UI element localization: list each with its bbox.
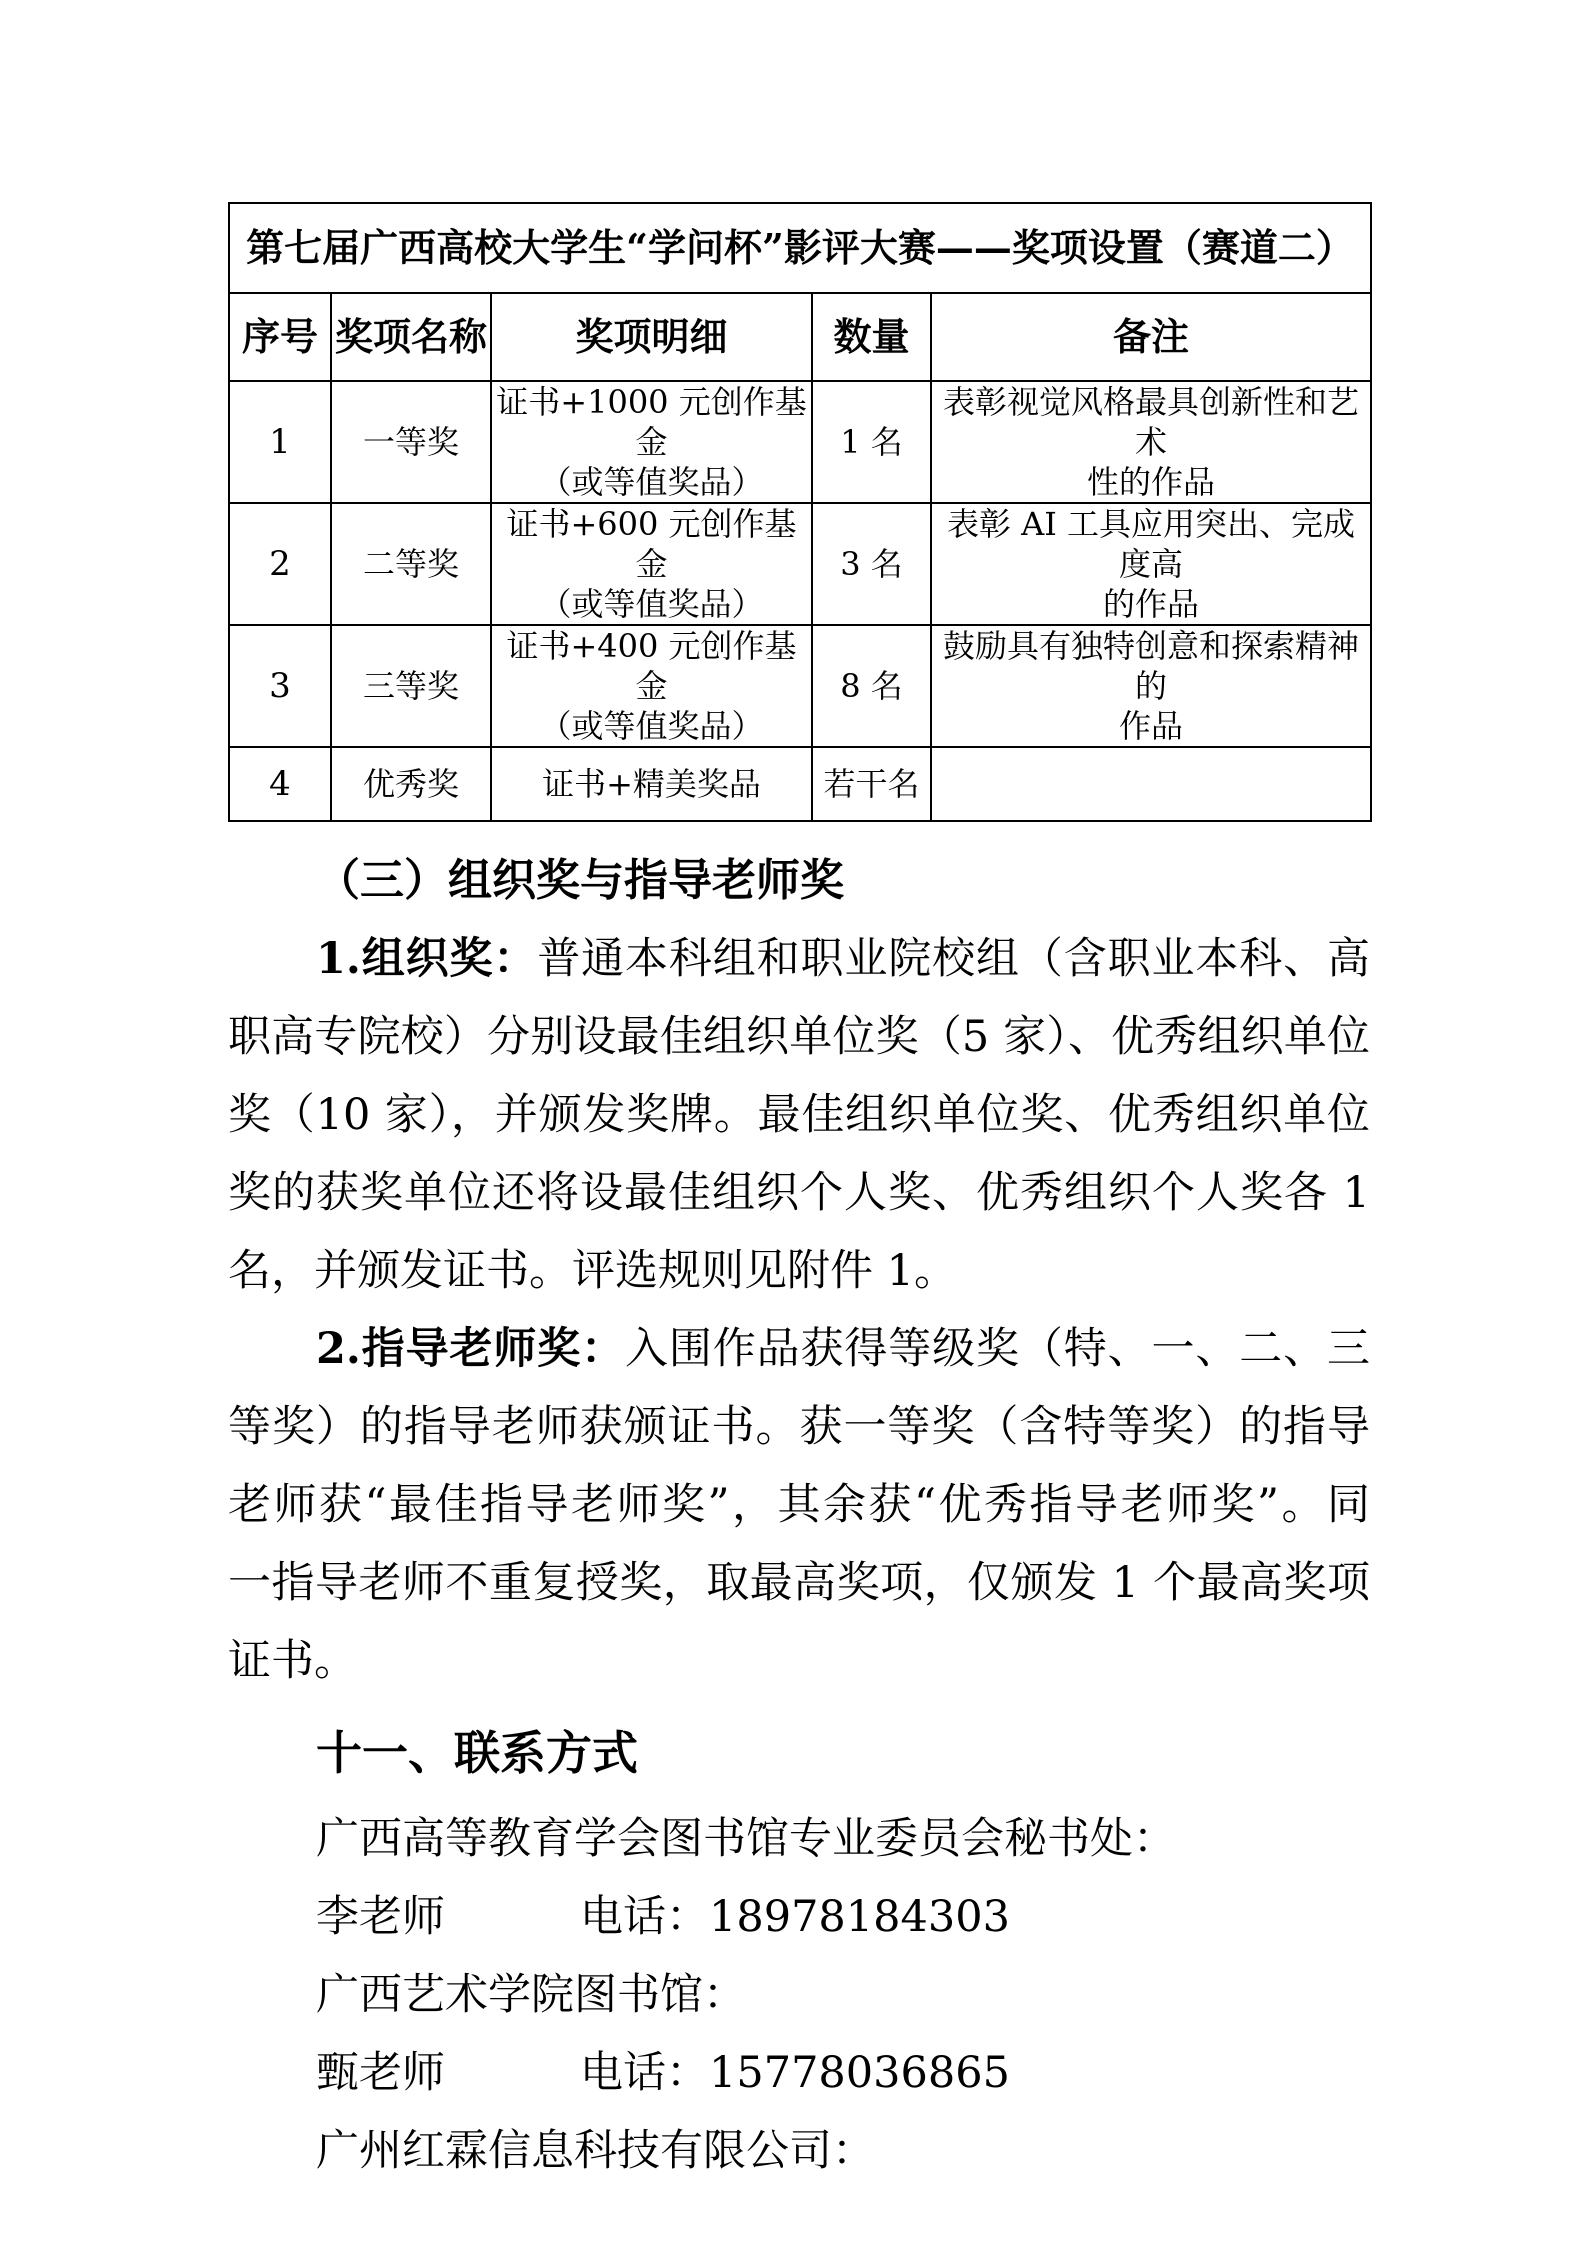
table-header-row: 序号 奖项名称 奖项明细 数量 备注 <box>229 293 1371 381</box>
table-row: 4 优秀奖 证书+精美奖品 若干名 <box>229 747 1371 821</box>
contact-line: 广西高等教育学会图书馆专业委员会秘书处： <box>228 1800 1370 1878</box>
cell-serial: 3 <box>229 625 331 747</box>
text-line: 2.指导老师奖：入围作品获得等级奖（特、一、二、三 <box>228 1310 1370 1388</box>
table-row: 2 二等奖 证书+600 元创作基金 （或等值奖品） 3 名 表彰 AI 工具应… <box>229 503 1371 625</box>
cell-award-name: 三等奖 <box>331 625 491 747</box>
cell-award-detail: 证书+400 元创作基金 （或等值奖品） <box>491 625 812 747</box>
cell-quantity: 8 名 <box>812 625 931 747</box>
text-line: 名，并颁发证书。评选规则见附件 1。 <box>228 1232 1370 1310</box>
section-heading-contact: 十一、联系方式 <box>228 1714 1370 1792</box>
table-row: 1 一等奖 证书+1000 元创作基金 （或等值奖品） 1 名 表彰视觉风格最具… <box>229 381 1371 503</box>
cell-award-detail: 证书+1000 元创作基金 （或等值奖品） <box>491 381 812 503</box>
cell-remark <box>931 747 1371 821</box>
contact-phone: 电话：18978184303 <box>580 1892 1010 1942</box>
text-line: 职高专院校）分别设最佳组织单位奖（5 家）、优秀组织单位 <box>228 998 1370 1076</box>
contact-person: 李老师 <box>316 1892 445 1942</box>
paragraph-lead: 1.组织奖： <box>316 934 537 984</box>
text-line: 证书。 <box>228 1622 1370 1700</box>
text-line: 一指导老师不重复授奖，取最高奖项，仅颁发 1 个最高奖项 <box>228 1544 1370 1622</box>
paragraph-lead: 2.指导老师奖： <box>316 1324 625 1374</box>
section-heading-org-awards: （三）组织奖与指导老师奖 <box>228 842 1370 920</box>
contact-line: 广西艺术学院图书馆： <box>228 1956 1370 2034</box>
cell-quantity: 1 名 <box>812 381 931 503</box>
paragraph-text: 普通本科组和职业院校组（含职业本科、高 <box>537 934 1370 984</box>
contact-line: 甄老师电话：15778036865 <box>228 2034 1370 2112</box>
text-line: 奖（10 家），并颁发奖牌。最佳组织单位奖、优秀组织单位 <box>228 1076 1370 1154</box>
cell-award-detail: 证书+600 元创作基金 （或等值奖品） <box>491 503 812 625</box>
cell-award-name: 二等奖 <box>331 503 491 625</box>
cell-remark: 表彰 AI 工具应用突出、完成度高 的作品 <box>931 503 1371 625</box>
contact-person: 甄老师 <box>316 2048 445 2098</box>
cell-serial: 4 <box>229 747 331 821</box>
cell-remark: 表彰视觉风格最具创新性和艺术 性的作品 <box>931 381 1371 503</box>
cell-award-name: 一等奖 <box>331 381 491 503</box>
text-line: 1.组织奖：普通本科组和职业院校组（含职业本科、高 <box>228 920 1370 998</box>
cell-remark: 鼓励具有独特创意和探索精神的 作品 <box>931 625 1371 747</box>
text-line: 奖的获奖单位还将设最佳组织个人奖、优秀组织个人奖各 1 <box>228 1154 1370 1232</box>
cell-award-name: 优秀奖 <box>331 747 491 821</box>
header-serial: 序号 <box>229 293 331 381</box>
cell-quantity: 若干名 <box>812 747 931 821</box>
cell-quantity: 3 名 <box>812 503 931 625</box>
cell-serial: 2 <box>229 503 331 625</box>
text-line: 等奖）的指导老师获颁证书。获一等奖（含特等奖）的指导 <box>228 1388 1370 1466</box>
cell-serial: 1 <box>229 381 331 503</box>
table-title: 第七届广西高校大学生“学问杯”影评大赛——奖项设置（赛道二） <box>229 203 1371 293</box>
header-quantity: 数量 <box>812 293 931 381</box>
contact-line: 广州红霖信息科技有限公司： <box>228 2112 1370 2190</box>
paragraph-text: 入围作品获得等级奖（特、一、二、三 <box>625 1324 1370 1374</box>
award-table: 第七届广西高校大学生“学问杯”影评大赛——奖项设置（赛道二） 序号 奖项名称 奖… <box>228 202 1372 822</box>
table-row: 3 三等奖 证书+400 元创作基金 （或等值奖品） 8 名 鼓励具有独特创意和… <box>229 625 1371 747</box>
contact-line: 李老师电话：18978184303 <box>228 1878 1370 1956</box>
document-page: { "table": { "title": "第七届广西高校大学生“学问杯”影评… <box>0 0 1587 2245</box>
header-award-detail: 奖项明细 <box>491 293 812 381</box>
contact-phone: 电话：15778036865 <box>580 2048 1010 2098</box>
header-award-name: 奖项名称 <box>331 293 491 381</box>
header-remark: 备注 <box>931 293 1371 381</box>
cell-award-detail: 证书+精美奖品 <box>491 747 812 821</box>
text-line: 老师获“最佳指导老师奖”，其余获“优秀指导老师奖”。同 <box>228 1466 1370 1544</box>
table-title-row: 第七届广西高校大学生“学问杯”影评大赛——奖项设置（赛道二） <box>229 203 1371 293</box>
page-content: 第七届广西高校大学生“学问杯”影评大赛——奖项设置（赛道二） 序号 奖项名称 奖… <box>228 202 1370 2190</box>
